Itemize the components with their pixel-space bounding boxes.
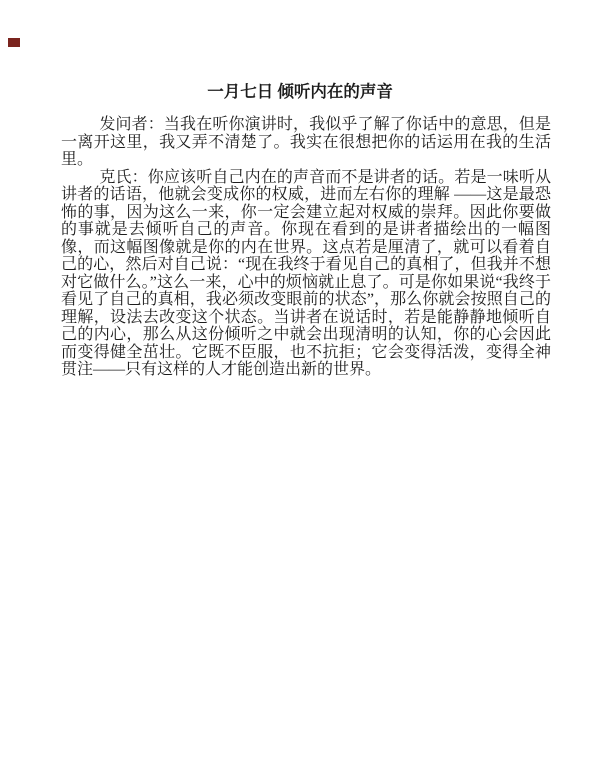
document-body: 发问者：当我在听你演讲时，我似乎了解了你话中的意思，但是一离开这里，我又弄不清楚… [61,116,551,379]
page-title: 一月七日 倾听内在的声音 [0,82,600,101]
paragraph-krishnamurti: 克氏：你应该听自己内在的声音而不是讲者的话。若是一味听从讲者的话语，他就会变成你… [61,169,551,379]
paragraph-questioner: 发问者：当我在听你演讲时，我似乎了解了你话中的意思，但是一离开这里，我又弄不清楚… [61,116,551,169]
document-page: 一月七日 倾听内在的声音 发问者：当我在听你演讲时，我似乎了解了你话中的意思，但… [0,0,600,782]
bookmark-marker [8,38,20,47]
